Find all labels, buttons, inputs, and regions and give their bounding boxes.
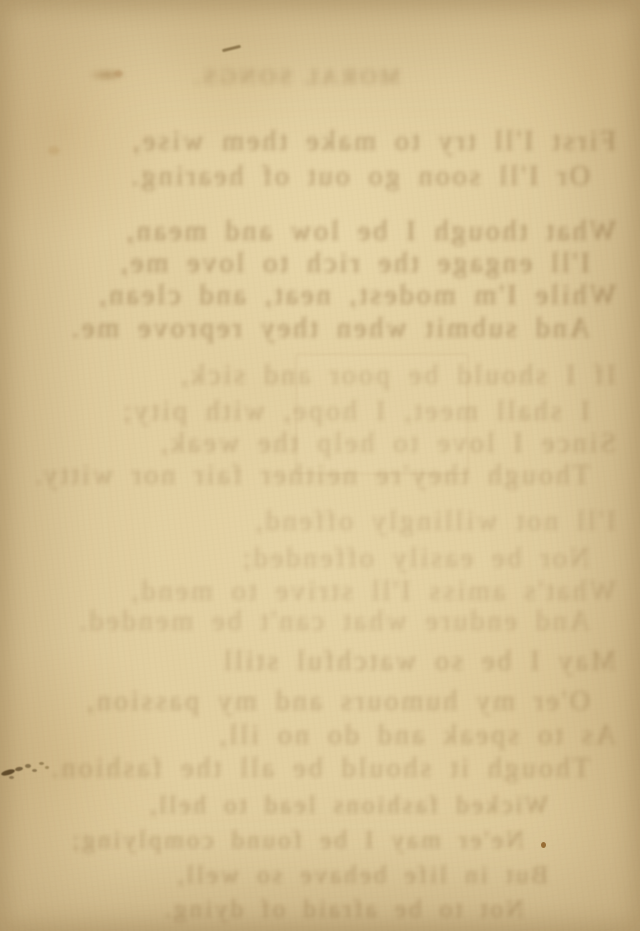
poem-line: Or I'll soon go out of hearing.: [129, 163, 590, 191]
poem-line: I'll not willingly offend,: [253, 508, 616, 536]
faint-stain: [48, 146, 60, 155]
poem-line: And endure what can't be mended.: [76, 608, 590, 636]
faint-stain: [114, 70, 123, 77]
poem-line: And submit when they reprove me.: [69, 315, 590, 343]
rectangular-impression: [296, 354, 468, 474]
poem-line: What's amiss I'll strive to mend,: [129, 578, 616, 606]
poem-line: May I be so watchful still: [221, 648, 616, 676]
poem-line: O'er my humours and my passion,: [84, 688, 590, 716]
rust-speck: [541, 842, 546, 848]
poem-line: Wicked fashions lead to hell,: [147, 793, 548, 818]
poem-line: Though it should be all the fashion.: [49, 755, 590, 783]
poem-line: As to speak and do no ill,: [217, 722, 616, 750]
poem-line: First I'll try to make them wise,: [130, 128, 616, 156]
poem-line: What though I be low and mean,: [124, 218, 616, 246]
scanned-book-page: MORAL SONGS. First I'll try to make them…: [0, 0, 640, 931]
running-title-showthrough: MORAL SONGS.: [190, 64, 400, 90]
poem-line: But in life behave so well,: [175, 863, 548, 888]
poem-line: Not to be afraid of dying.: [162, 897, 524, 922]
ink-blotch: [0, 756, 60, 790]
poem-line: Ne'er may I be found complying;: [70, 828, 525, 853]
poem-line: I'll engage the rich to love me,: [118, 250, 590, 278]
page-number-smudge: [82, 66, 132, 84]
poem-line: Nor be easily offended;: [240, 545, 590, 573]
poem-line: While I'm modest, neat, and clean,: [96, 282, 616, 310]
hair-mark: [222, 45, 241, 53]
